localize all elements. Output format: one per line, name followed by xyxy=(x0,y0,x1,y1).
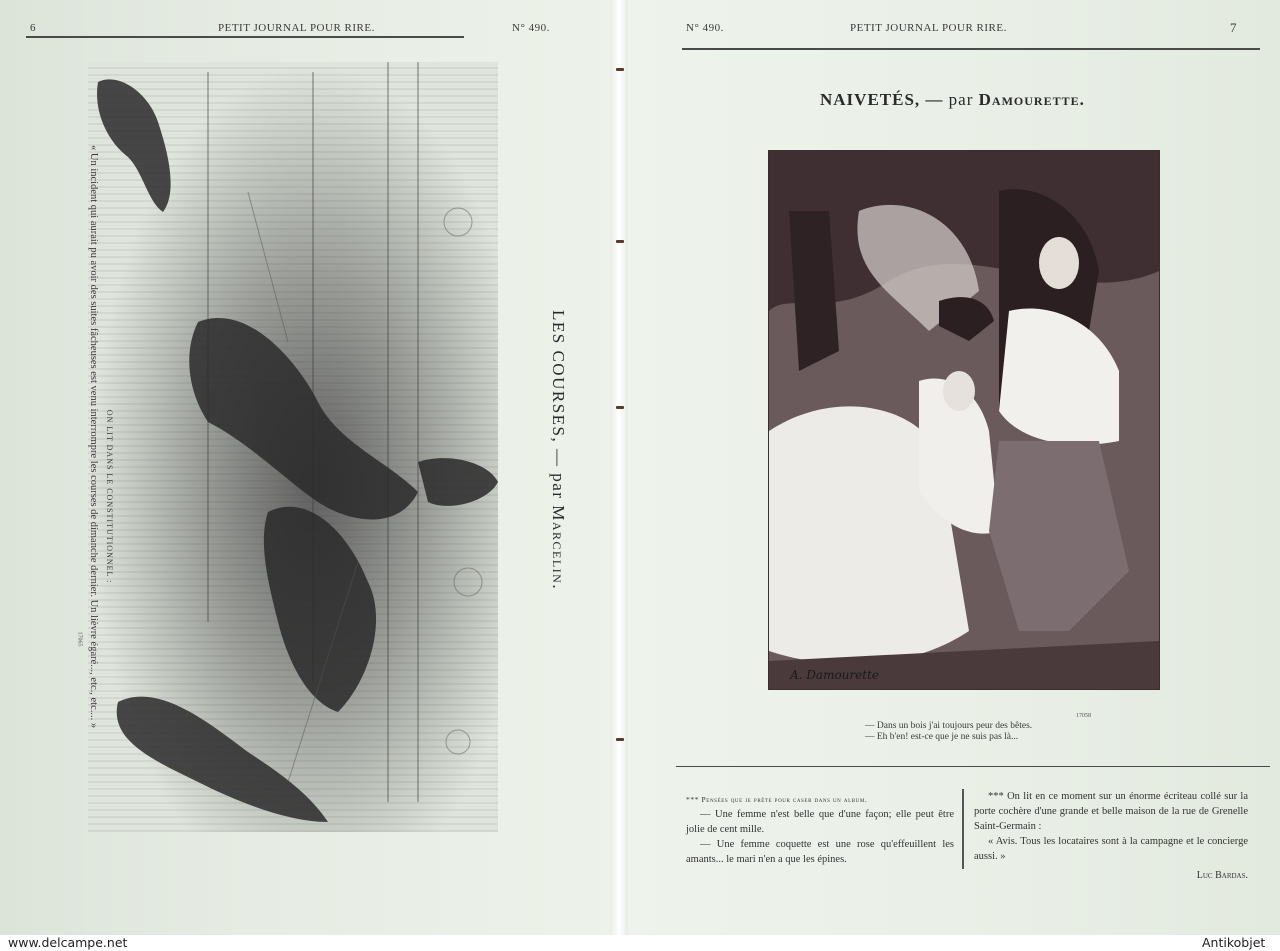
lithograph-drawing-icon xyxy=(769,151,1159,689)
ecriteau-paragraph: « Avis. Tous les locataires sont à la ca… xyxy=(974,834,1248,864)
right-article-title: NAIVETÉS, — par Damourette. xyxy=(820,90,1085,110)
right-page-number: 7 xyxy=(1230,20,1237,36)
right-issue-number: N° 490. xyxy=(686,22,724,34)
watermark-bar xyxy=(0,935,1280,951)
left-running-title: PETIT JOURNAL POUR RIRE. xyxy=(218,22,375,34)
author-signature: Luc Bardas. xyxy=(974,868,1248,883)
caption-line: — Eh b'en! est-ce que je ne suis pas là.… xyxy=(865,732,1032,743)
binding-stitch xyxy=(616,240,624,243)
right-illustration xyxy=(768,150,1160,690)
pensees-column: *** Pensées que je prête pour caser dans… xyxy=(686,792,954,867)
binding-stitch xyxy=(616,68,624,71)
left-header-rule xyxy=(26,36,464,38)
quote-text: « Un incident qui aurait pu avoir des su… xyxy=(88,145,99,728)
ecriteau-column: *** On lit en ce moment sur un énorme éc… xyxy=(974,789,1248,883)
ecriteau-paragraph: *** On lit en ce moment sur un énorme éc… xyxy=(974,789,1248,834)
left-plate-number: 17065 xyxy=(77,632,83,647)
left-page-number: 6 xyxy=(30,22,36,34)
pensees-paragraph: — Une femme coquette est une rose qu'eff… xyxy=(686,837,954,867)
article-title-text: LES COURSES, xyxy=(549,310,568,443)
article-title-dash: — xyxy=(549,449,568,468)
left-issue-number: N° 490. xyxy=(512,22,550,34)
right-plate-number: 17058 xyxy=(1076,713,1091,719)
article-title-text: NAIVETÉS, xyxy=(820,90,920,109)
section-rule xyxy=(676,766,1270,767)
left-quote-block: ON LIT DANS LE CONSTITUTIONNEL : « Un in… xyxy=(88,145,114,728)
race-drawing-icon xyxy=(88,62,498,832)
article-title-dash: — xyxy=(925,90,943,109)
magazine-spread: 6 PETIT JOURNAL POUR RIRE. N° 490. L xyxy=(0,0,1280,935)
left-illustration xyxy=(88,62,498,832)
quote-heading: ON LIT DANS LE CONSTITUTIONNEL : xyxy=(105,145,114,728)
right-running-title: PETIT JOURNAL POUR RIRE. xyxy=(850,22,1007,34)
pensees-paragraph: — Une femme n'est belle que d'une façon;… xyxy=(686,807,954,837)
binding-stitch xyxy=(616,738,624,741)
illustration-signature: A. Damourette xyxy=(790,668,879,682)
column-separator xyxy=(962,789,964,869)
article-by: par xyxy=(549,473,568,499)
pensees-heading: *** Pensées que je prête pour caser dans… xyxy=(686,792,954,807)
watermark-left: www.delcampe.net xyxy=(8,935,127,950)
watermark-right: Antikobjet xyxy=(1202,935,1265,950)
article-author: Marcelin. xyxy=(549,505,568,590)
right-header-rule xyxy=(682,48,1260,50)
caption-line: — Dans un bois j'ai toujours peur des bê… xyxy=(865,721,1032,732)
binding-gutter xyxy=(610,0,628,935)
left-article-title: LES COURSES, — par Marcelin. xyxy=(548,310,568,590)
article-by: par xyxy=(949,90,974,109)
binding-stitch xyxy=(616,406,624,409)
article-author: Damourette. xyxy=(979,90,1085,109)
illustration-caption: — Dans un bois j'ai toujours peur des bê… xyxy=(865,721,1032,743)
